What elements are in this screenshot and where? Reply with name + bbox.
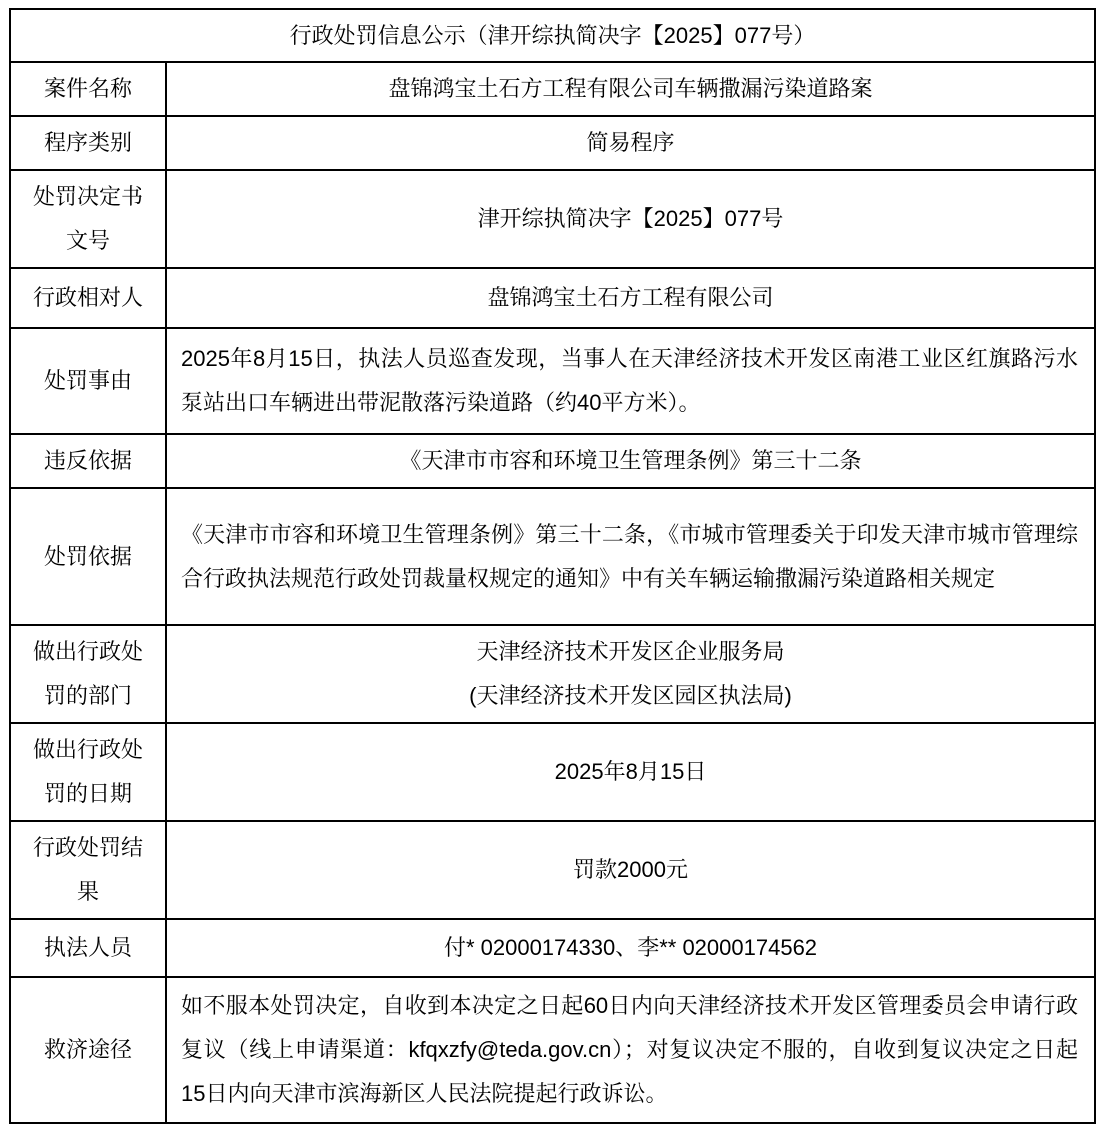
department-name-line: 天津经济技术开发区企业服务局: [183, 630, 1078, 674]
penalty-disclosure-table: 行政处罚信息公示（津开综执简决字【2025】077号） 案件名称 盘锦鸿宝土石方…: [9, 8, 1096, 1124]
row-label-enforcement-officers: 执法人员: [10, 919, 166, 977]
row-value-remedy-channels: 如不服本处罚决定，自收到本决定之日起60日内向天津经济技术开发区管理委员会申请行…: [166, 977, 1095, 1123]
row-value-violation-basis: 《天津市市容和环境卫生管理条例》第三十二条: [166, 434, 1095, 488]
table-title: 行政处罚信息公示（津开综执简决字【2025】077号）: [10, 9, 1095, 62]
table-row: 执法人员 付* 02000174330、李** 02000174562: [10, 919, 1095, 977]
table-row: 救济途径 如不服本处罚决定，自收到本决定之日起60日内向天津经济技术开发区管理委…: [10, 977, 1095, 1123]
row-value-case-name: 盘锦鸿宝土石方工程有限公司车辆撒漏污染道路案: [166, 62, 1095, 116]
row-value-decision-doc-number: 津开综执简决字【2025】077号: [166, 170, 1095, 268]
row-label-penalty-result: 行政处罚结果: [10, 821, 166, 919]
department-alias-line: (天津经济技术开发区园区执法局): [183, 674, 1078, 718]
table-row: 处罚事由 2025年8月15日，执法人员巡查发现，当事人在天津经济技术开发区南港…: [10, 328, 1095, 434]
row-label-penalty-facts: 处罚事由: [10, 328, 166, 434]
row-label-decision-doc-number: 处罚决定书文号: [10, 170, 166, 268]
row-label-administrative-party: 行政相对人: [10, 268, 166, 328]
row-label-remedy-channels: 救济途径: [10, 977, 166, 1123]
table-row: 行政处罚结果 罚款2000元: [10, 821, 1095, 919]
row-value-penalty-basis: 《天津市市容和环境卫生管理条例》第三十二条，《市城市管理委关于印发天津市城市管理…: [166, 488, 1095, 625]
table-row: 程序类别 简易程序: [10, 116, 1095, 170]
row-value-administrative-party: 盘锦鸿宝土石方工程有限公司: [166, 268, 1095, 328]
table-row: 处罚依据 《天津市市容和环境卫生管理条例》第三十二条，《市城市管理委关于印发天津…: [10, 488, 1095, 625]
table-row: 违反依据 《天津市市容和环境卫生管理条例》第三十二条: [10, 434, 1095, 488]
table-row: 做出行政处罚的部门 天津经济技术开发区企业服务局 (天津经济技术开发区园区执法局…: [10, 625, 1095, 723]
table-row: 行政相对人 盘锦鸿宝土石方工程有限公司: [10, 268, 1095, 328]
row-label-case-name: 案件名称: [10, 62, 166, 116]
row-value-procedure-type: 简易程序: [166, 116, 1095, 170]
row-label-penalty-date: 做出行政处罚的日期: [10, 723, 166, 821]
row-value-penalty-department: 天津经济技术开发区企业服务局 (天津经济技术开发区园区执法局): [166, 625, 1095, 723]
row-value-enforcement-officers: 付* 02000174330、李** 02000174562: [166, 919, 1095, 977]
table-row: 案件名称 盘锦鸿宝土石方工程有限公司车辆撒漏污染道路案: [10, 62, 1095, 116]
row-label-violation-basis: 违反依据: [10, 434, 166, 488]
penalty-disclosure-page: 行政处罚信息公示（津开综执简决字【2025】077号） 案件名称 盘锦鸿宝土石方…: [0, 0, 1103, 1101]
row-value-penalty-result: 罚款2000元: [166, 821, 1095, 919]
row-value-penalty-facts: 2025年8月15日，执法人员巡查发现，当事人在天津经济技术开发区南港工业区红旗…: [166, 328, 1095, 434]
row-label-procedure-type: 程序类别: [10, 116, 166, 170]
row-label-penalty-basis: 处罚依据: [10, 488, 166, 625]
row-label-penalty-department: 做出行政处罚的部门: [10, 625, 166, 723]
table-row: 做出行政处罚的日期 2025年8月15日: [10, 723, 1095, 821]
table-row: 处罚决定书文号 津开综执简决字【2025】077号: [10, 170, 1095, 268]
row-value-penalty-date: 2025年8月15日: [166, 723, 1095, 821]
